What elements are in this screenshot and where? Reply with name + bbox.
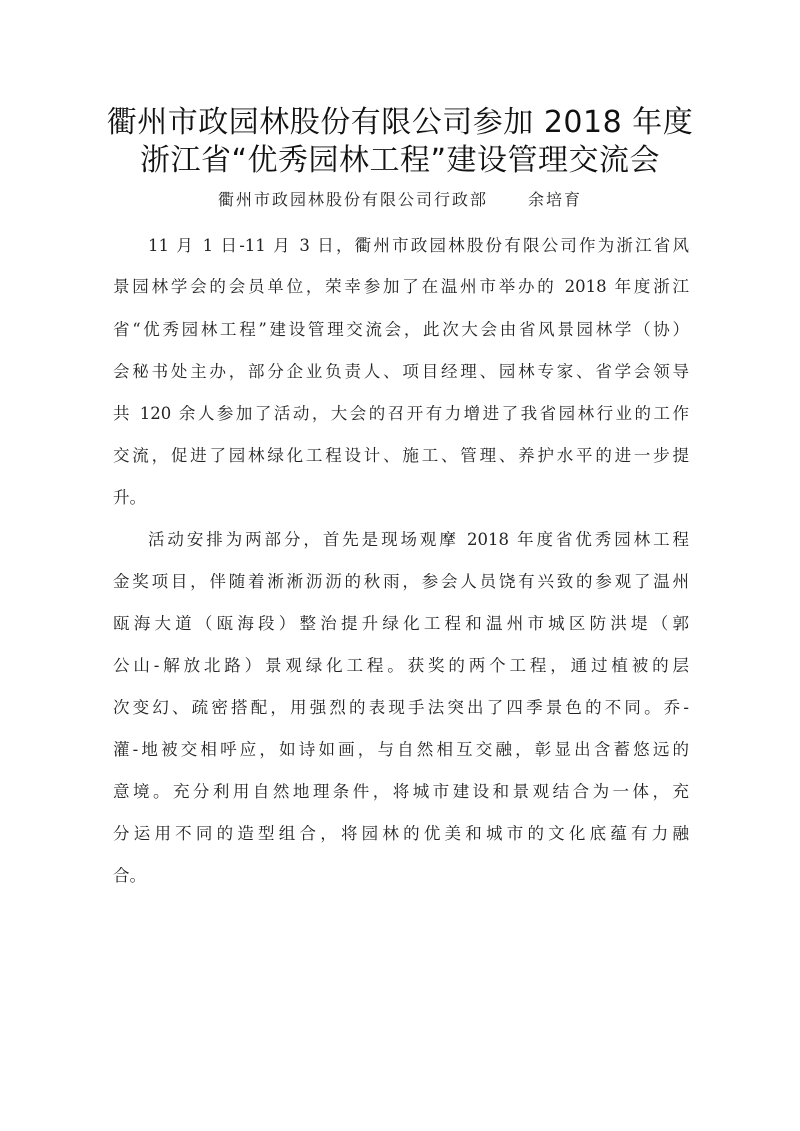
paragraph-line: 灌-地被交相呼应，如诗如画，与自然相互交融，彰显出含蓄悠远的 <box>113 738 689 762</box>
paragraph-line: 公山-解放北路）景观绿化工程。获奖的两个工程，通过植被的层 <box>113 654 689 678</box>
paragraph-line: 瓯海大道（瓯海段）整治提升绿化工程和温州市城区防洪堤（郭 <box>113 612 689 636</box>
paragraph-line: 会秘书处主办，部分企业负责人、项目经理、园林专家、省学会领导 <box>113 360 689 384</box>
paragraph-line: 金奖项目，伴随着淅淅沥沥的秋雨，参会人员饶有兴致的参观了温州 <box>113 570 689 594</box>
paragraph-line: 意境。充分利用自然地理条件，将城市建设和景观结合为一体，充 <box>113 780 689 804</box>
paragraph-line: 合。 <box>113 864 689 888</box>
paragraph-line: 交流，促进了园林绿化工程设计、施工、管理、养护水平的进一步提 <box>113 444 689 468</box>
paragraph-line: 次变幻、疏密搭配，用强烈的表现手法突出了四季景色的不同。乔- <box>113 696 689 720</box>
paragraph-line: 共 120 余人参加了活动，大会的召开有力增进了我省园林行业的工作 <box>113 402 689 426</box>
document-page: 衢州市政园林股份有限公司参加 2018 年度 浙江省“优秀园林工程”建设管理交流… <box>0 0 800 1131</box>
byline: 衢州市政园林股份有限公司行政部余培育 <box>0 188 800 212</box>
document-title-line-1: 衢州市政园林股份有限公司参加 2018 年度 <box>0 104 800 142</box>
paragraph-line: 景园林学会的会员单位，荣幸参加了在温州市举办的 2018 年度浙江 <box>113 275 689 299</box>
paragraph-line: 分运用不同的造型组合，将园林的优美和城市的文化底蕴有力融 <box>113 822 689 846</box>
byline-author: 余培育 <box>528 190 582 209</box>
paragraph-line: 11 月 1 日-11 月 3 日，衢州市政园林股份有限公司作为浙江省风 <box>148 234 689 258</box>
paragraph-line: 省“优秀园林工程”建设管理交流会，此次大会由省风景园林学（协） <box>113 318 689 342</box>
byline-department: 衢州市政园林股份有限公司行政部 <box>218 190 488 209</box>
document-title-line-2: 浙江省“优秀园林工程”建设管理交流会 <box>0 142 800 180</box>
paragraph-line: 升。 <box>113 486 689 510</box>
paragraph-line: 活动安排为两部分，首先是现场观摩 2018 年度省优秀园林工程 <box>148 528 689 552</box>
